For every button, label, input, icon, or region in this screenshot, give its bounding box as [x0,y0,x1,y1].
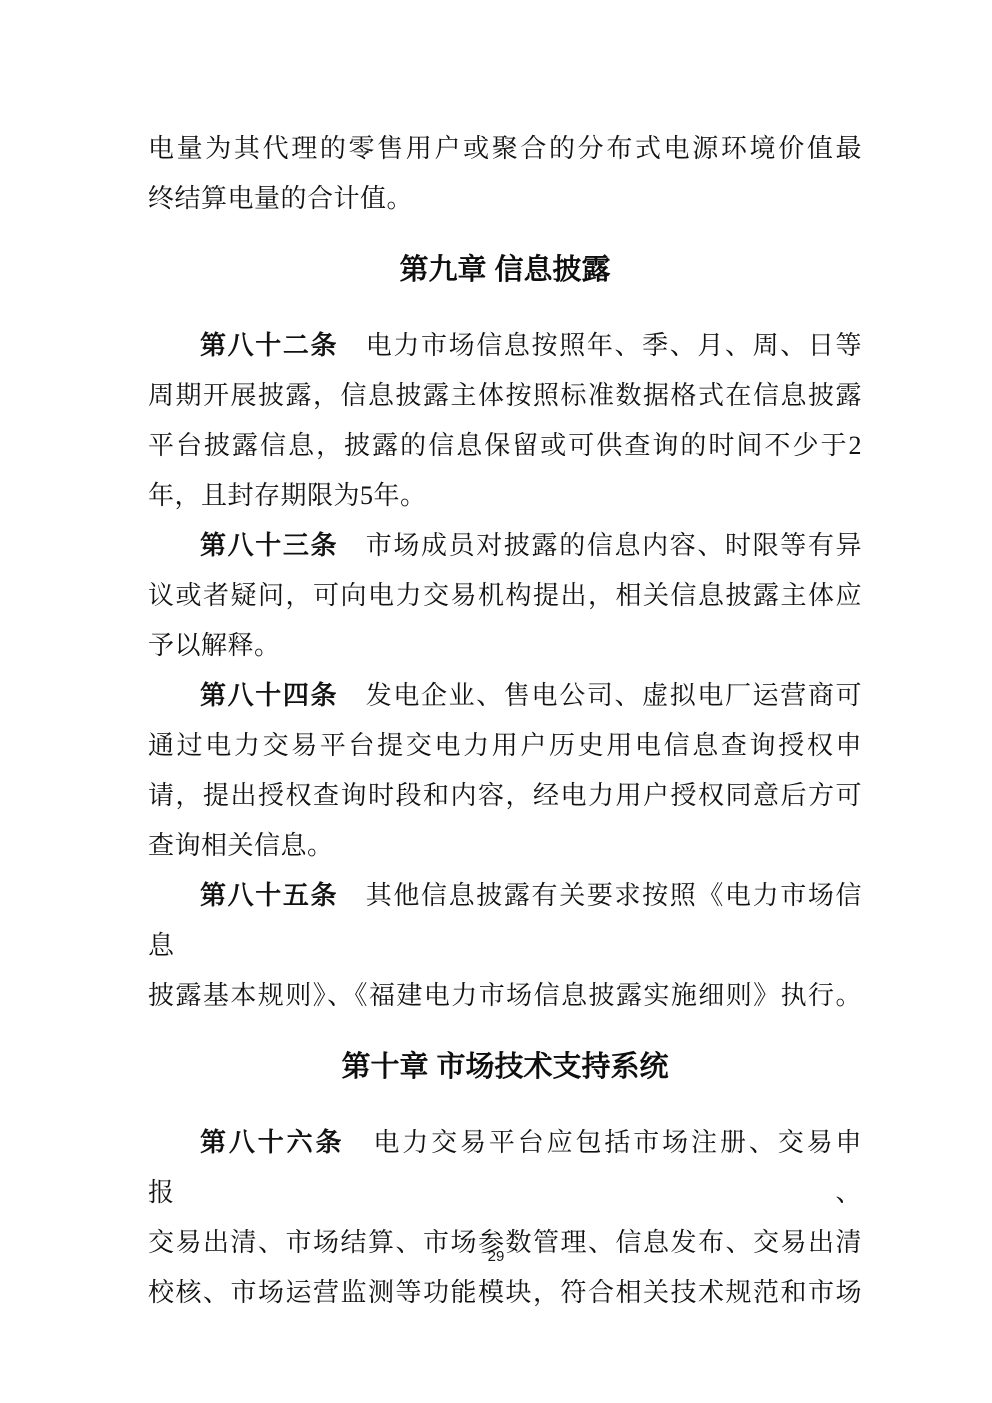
text-line: 披露基本规则》、《福建电力市场信息披露实施细则》执行。 [148,971,862,1021]
paragraph: 第八十四条 发电企业、售电公司、虚拟电厂运营商可通过电力交易平台提交电力用户历史… [148,671,862,871]
paragraph: 第八十三条 市场成员对披露的信息内容、时限等有异议或者疑问，可向电力交易机构提出… [148,521,862,671]
text-line: 第八十五条 其他信息披露有关要求按照《电力市场信息 [148,871,862,971]
text-line: 议或者疑问，可向电力交易机构提出，相关信息披露主体应 [148,571,862,621]
article-number: 第八十六条 [200,1128,344,1157]
article-number: 第八十五条 [200,881,338,910]
text-run: 终结算电量的合计值。 [148,184,413,213]
text-line: 请，提出授权查询时段和内容，经电力用户授权同意后方可 [148,771,862,821]
text-run: 平台披露信息，披露的信息保留或可供查询的时间不少于2 [148,431,862,460]
text-run: 校核、市场运营监测等功能模块，符合相关技术规范和市场 [148,1278,862,1307]
text-line: 终结算电量的合计值。 [148,174,862,224]
text-run: 电力市场信息按照年、季、月、周、日等 [338,331,862,360]
article-number: 第八十二条 [200,331,338,360]
text-run: 请，提出授权查询时段和内容，经电力用户授权同意后方可 [148,781,862,810]
text-run: 查询相关信息。 [148,831,334,860]
chapter-heading: 第九章 信息披露 [148,245,862,295]
text-line: 校核、市场运营监测等功能模块，符合相关技术规范和市场 [148,1268,862,1318]
text-run: 发电企业、售电公司、虚拟电厂运营商可 [338,681,862,710]
text-line: 平台披露信息，披露的信息保留或可供查询的时间不少于2 [148,421,862,471]
document-content: 电量为其代理的零售用户或聚合的分布式电源环境价值最终结算电量的合计值。第九章 信… [148,124,862,1318]
text-line: 电量为其代理的零售用户或聚合的分布式电源环境价值最 [148,124,862,174]
text-line: 通过电力交易平台提交电力用户历史用电信息查询授权申 [148,721,862,771]
text-run: 议或者疑问，可向电力交易机构提出，相关信息披露主体应 [148,581,862,610]
document-page: 电量为其代理的零售用户或聚合的分布式电源环境价值最终结算电量的合计值。第九章 信… [0,0,992,1403]
text-run: 周期开展披露，信息披露主体按照标准数据格式在信息披露 [148,381,862,410]
text-run: 电量为其代理的零售用户或聚合的分布式电源环境价值最 [148,134,862,163]
article-number: 第八十四条 [200,681,338,710]
text-run: 予以解释。 [148,631,281,660]
paragraph: 电量为其代理的零售用户或聚合的分布式电源环境价值最终结算电量的合计值。 [148,124,862,224]
text-run: 年，且封存期限为5年。 [148,481,427,510]
text-line: 查询相关信息。 [148,821,862,871]
text-line: 予以解释。 [148,621,862,671]
text-line: 第八十四条 发电企业、售电公司、虚拟电厂运营商可 [148,671,862,721]
text-run: 通过电力交易平台提交电力用户历史用电信息查询授权申 [148,731,862,760]
text-line: 第八十二条 电力市场信息按照年、季、月、周、日等 [148,321,862,371]
text-line: 周期开展披露，信息披露主体按照标准数据格式在信息披露 [148,371,862,421]
text-run: 披露基本规则》、《福建电力市场信息披露实施细则》执行。 [148,981,862,1010]
paragraph: 第八十六条 电力交易平台应包括市场注册、交易申报、交易出清、市场结算、市场参数管… [148,1118,862,1318]
text-run: 市场成员对披露的信息内容、时限等有异 [338,531,862,560]
paragraph: 第八十二条 电力市场信息按照年、季、月、周、日等周期开展披露，信息披露主体按照标… [148,321,862,521]
text-line: 年，且封存期限为5年。 [148,471,862,521]
article-number: 第八十三条 [200,531,338,560]
paragraph: 第八十五条 其他信息披露有关要求按照《电力市场信息披露基本规则》、《福建电力市场… [148,871,862,1021]
text-line: 第八十三条 市场成员对披露的信息内容、时限等有异 [148,521,862,571]
page-number: 29 [0,1248,992,1265]
chapter-heading: 第十章 市场技术支持系统 [148,1042,862,1092]
text-line: 第八十六条 电力交易平台应包括市场注册、交易申报、 [148,1118,862,1218]
